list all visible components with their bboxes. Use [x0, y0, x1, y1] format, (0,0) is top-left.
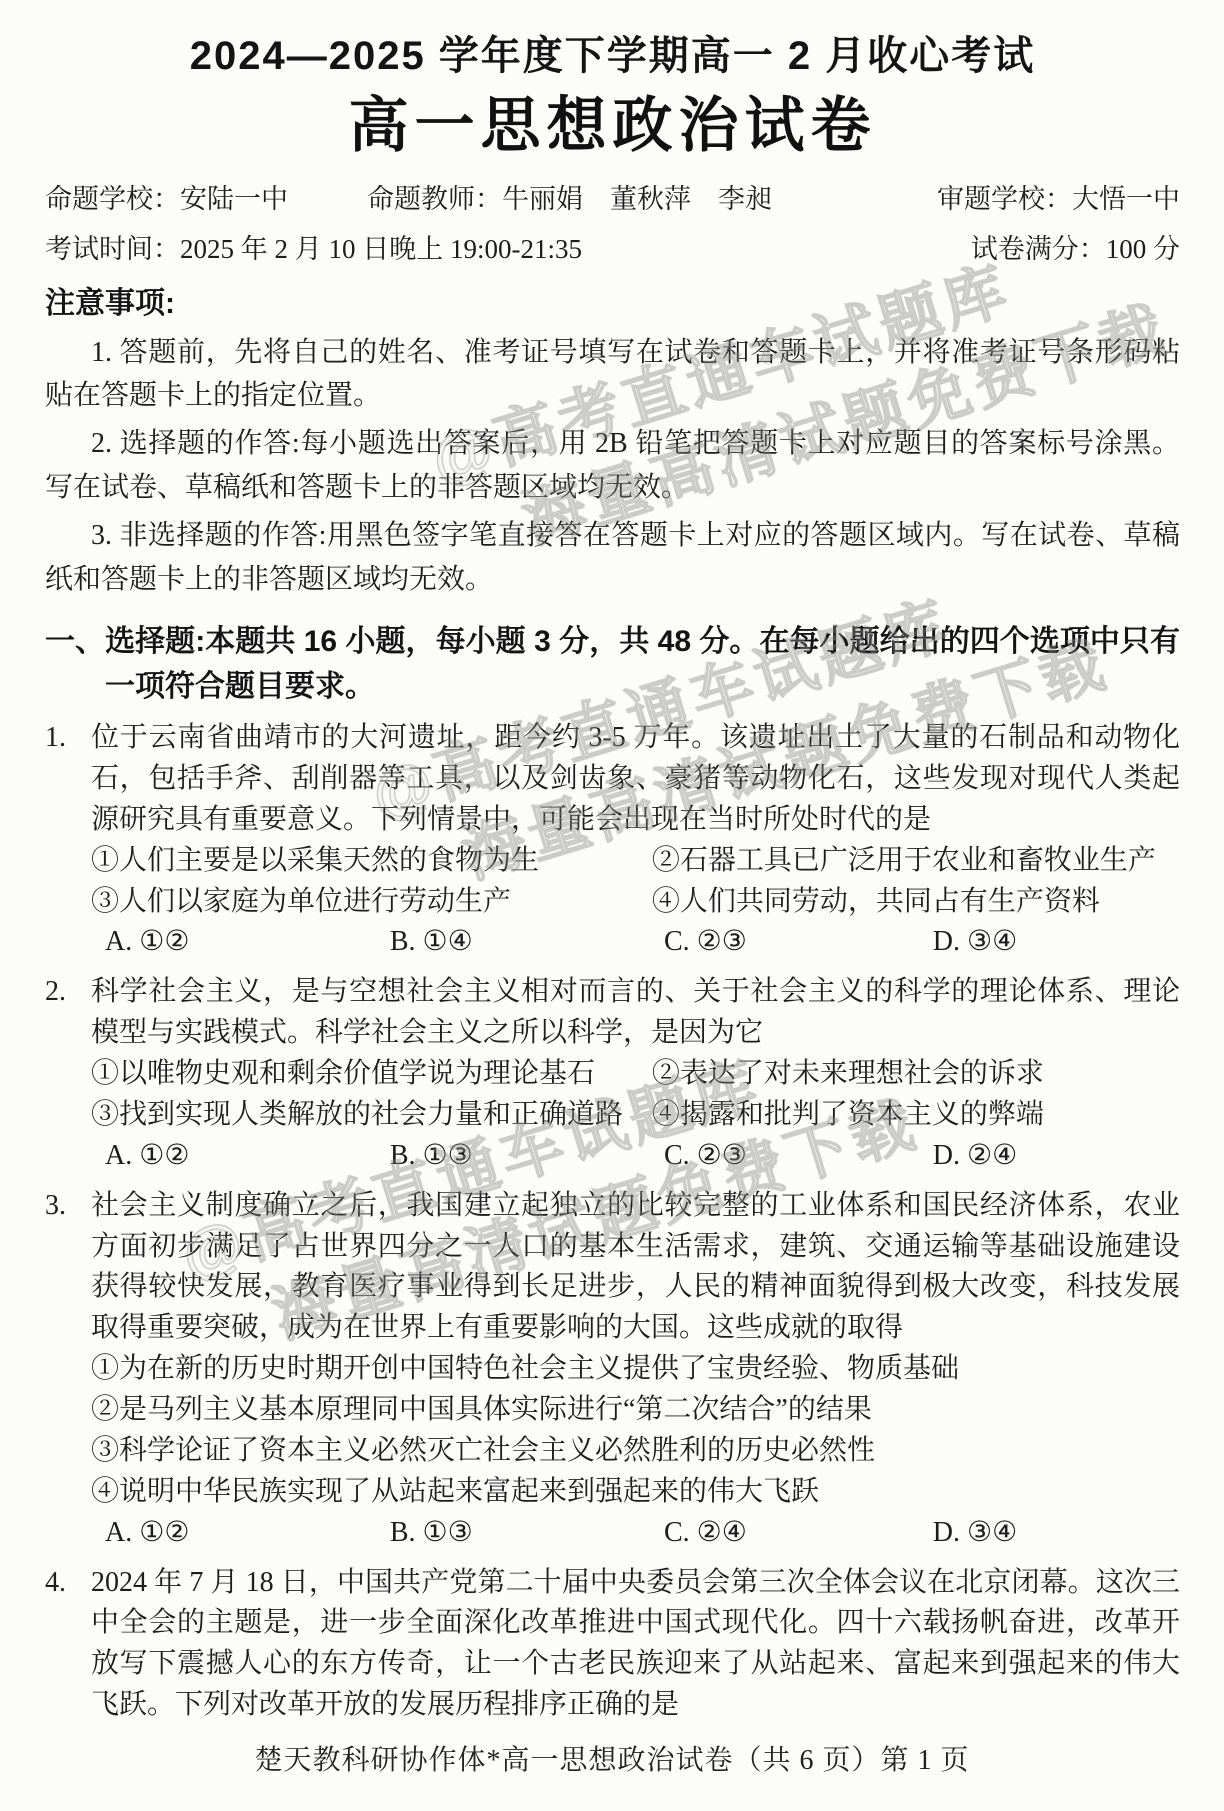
notice-item: 1. 答题前，先将自己的姓名、准考证号填写在试卷和答题卡上，并将准考证号条形码粘… [45, 331, 1180, 418]
notice-list: 1. 答题前，先将自己的姓名、准考证号填写在试卷和答题卡上，并将准考证号条形码粘… [45, 331, 1180, 601]
choice: B. ①③ [390, 1136, 664, 1177]
section-heading: 一、选择题:本题共 16 小题，每小题 3 分，共 48 分。在每小题给出的四个… [45, 619, 1180, 709]
question-body: 社会主义制度确立之后，我国建立起独立的比较完整的工业体系和国民经济体系，农业方面… [91, 1186, 1180, 1554]
full-score: 试卷满分：100 分 [971, 229, 1180, 271]
choice: C. ②④ [664, 1513, 933, 1554]
statement: ①人们主要是以采集天然的食物为生 [91, 841, 652, 882]
statement: ④揭露和批判了资本主义的弊端 [652, 1095, 1180, 1136]
question-body: 2024 年 7 月 18 日，中国共产党第二十届中央委员会第三次全体会议在北京… [91, 1563, 1180, 1727]
statement-pair: ①人们主要是以采集天然的食物为生②石器工具已广泛用于农业和畜牧业生产 [91, 841, 1180, 882]
statement: ④说明中华民族实现了从站起来富起来到强起来的伟大飞跃 [91, 1472, 1180, 1513]
reviewer-school-label: 审题学校： [937, 184, 1072, 214]
exam-time: 考试时间：2025 年 2 月 10 日晚上 19:00-21:35 [45, 229, 582, 271]
meta-row-schools: 命题学校：安陆一中 命题教师：牛丽娟 董秋萍 李昶 审题学校：大悟一中 [45, 179, 1180, 221]
reviewer-school-value: 大悟一中 [1072, 184, 1180, 214]
statement: ①为在新的历史时期开创中国特色社会主义提供了宝贵经验、物质基础 [91, 1349, 1180, 1390]
question-number: 3. [45, 1186, 91, 1554]
notice-item: 3. 非选择题的作答:用黑色签字笔直接答在答题卡上对应的答题区域内。写在试卷、草… [45, 514, 1180, 601]
choices-row: A. ①②B. ①③C. ②③D. ②④ [91, 1136, 1180, 1177]
question-stem: 位于云南省曲靖市的大河遗址，距今约 3-5 万年。该遗址出土了大量的石制品和动物… [91, 718, 1180, 841]
question-number: 1. [45, 718, 91, 963]
question: 3.社会主义制度确立之后，我国建立起独立的比较完整的工业体系和国民经济体系，农业… [45, 1186, 1180, 1554]
choice: D. ③④ [933, 922, 1180, 963]
setter-school: 命题学校：安陆一中 [45, 179, 367, 221]
statement-pair: ①以唯物史观和剩余价值学说为理论基石②表达了对未来理想社会的诉求 [91, 1054, 1180, 1095]
setter-teachers-label: 命题教师： [367, 184, 502, 214]
question-stem: 科学社会主义，是与空想社会主义相对而言的、关于社会主义的科学的理论体系、理论模型… [91, 972, 1180, 1054]
setter-teachers-value: 牛丽娟 董秋萍 李昶 [502, 184, 772, 214]
question-stem: 2024 年 7 月 18 日，中国共产党第二十届中央委员会第三次全体会议在北京… [91, 1563, 1180, 1727]
choice: D. ③④ [933, 1513, 1180, 1554]
choice: D. ②④ [933, 1136, 1180, 1177]
exam-session-title: 2024—2025 学年度下学期高一 2 月收心考试 [45, 32, 1180, 80]
choice: A. ①② [105, 1513, 390, 1554]
page-footer: 楚天教科研协作体*高一思想政治试卷（共 6 页）第 1 页 [0, 1738, 1224, 1778]
setter-school-label: 命题学校： [45, 184, 180, 214]
choice: A. ①② [105, 922, 390, 963]
question: 1.位于云南省曲靖市的大河遗址，距今约 3-5 万年。该遗址出土了大量的石制品和… [45, 718, 1180, 963]
full-score-value: 100 分 [1106, 234, 1180, 264]
meta-row-time-score: 考试时间：2025 年 2 月 10 日晚上 19:00-21:35 试卷满分：… [45, 229, 1180, 271]
notice-heading: 注意事项: [45, 281, 1180, 326]
question: 2.科学社会主义，是与空想社会主义相对而言的、关于社会主义的科学的理论体系、理论… [45, 972, 1180, 1176]
statement-pair: ③找到实现人类解放的社会力量和正确道路④揭露和批判了资本主义的弊端 [91, 1095, 1180, 1136]
statement: ④人们共同劳动，共同占有生产资料 [652, 882, 1180, 923]
statement: ②是马列主义基本原理同中国具体实际进行“第二次结合”的结果 [91, 1390, 1180, 1431]
setter-teachers: 命题教师：牛丽娟 董秋萍 李昶 [367, 179, 937, 221]
statement: ③找到实现人类解放的社会力量和正确道路 [91, 1095, 652, 1136]
exam-time-label: 考试时间： [45, 234, 180, 264]
choice: B. ①③ [390, 1513, 664, 1554]
statement: ③科学论证了资本主义必然灭亡社会主义必然胜利的历史必然性 [91, 1431, 1180, 1472]
question-stem: 社会主义制度确立之后，我国建立起独立的比较完整的工业体系和国民经济体系，农业方面… [91, 1186, 1180, 1350]
choice: B. ①④ [390, 922, 664, 963]
question-number: 4. [45, 1563, 91, 1727]
statement: ②表达了对未来理想社会的诉求 [652, 1054, 1180, 1095]
paper-title: 高一思想政治试卷 [45, 88, 1180, 163]
statement: ①以唯物史观和剩余价值学说为理论基石 [91, 1054, 652, 1095]
reviewer-school: 审题学校：大悟一中 [937, 179, 1180, 221]
question-body: 位于云南省曲靖市的大河遗址，距今约 3-5 万年。该遗址出土了大量的石制品和动物… [91, 718, 1180, 963]
question: 4.2024 年 7 月 18 日，中国共产党第二十届中央委员会第三次全体会议在… [45, 1563, 1180, 1727]
question-body: 科学社会主义，是与空想社会主义相对而言的、关于社会主义的科学的理论体系、理论模型… [91, 972, 1180, 1176]
questions: 1.位于云南省曲靖市的大河遗址，距今约 3-5 万年。该遗址出土了大量的石制品和… [45, 718, 1180, 1726]
statement: ③人们以家庭为单位进行劳动生产 [91, 882, 652, 923]
exam-page: @高考直通车试题库海量高清试题免费下载@高考直通车试题库海量高清试题免费下载@高… [0, 0, 1224, 1811]
question-number: 2. [45, 972, 91, 1176]
choice: C. ②③ [664, 1136, 933, 1177]
choice: C. ②③ [664, 922, 933, 963]
choices-row: A. ①②B. ①③C. ②④D. ③④ [91, 1513, 1180, 1554]
statement: ②石器工具已广泛用于农业和畜牧业生产 [652, 841, 1180, 882]
statement-pair: ③人们以家庭为单位进行劳动生产④人们共同劳动，共同占有生产资料 [91, 882, 1180, 923]
full-score-label: 试卷满分： [971, 234, 1106, 264]
choices-row: A. ①②B. ①④C. ②③D. ③④ [91, 922, 1180, 963]
exam-time-value: 2025 年 2 月 10 日晚上 19:00-21:35 [180, 234, 582, 264]
choice: A. ①② [105, 1136, 390, 1177]
notice-item: 2. 选择题的作答:每小题选出答案后，用 2B 铅笔把答题卡上对应题目的答案标号… [45, 422, 1180, 509]
setter-school-value: 安陆一中 [180, 184, 288, 214]
